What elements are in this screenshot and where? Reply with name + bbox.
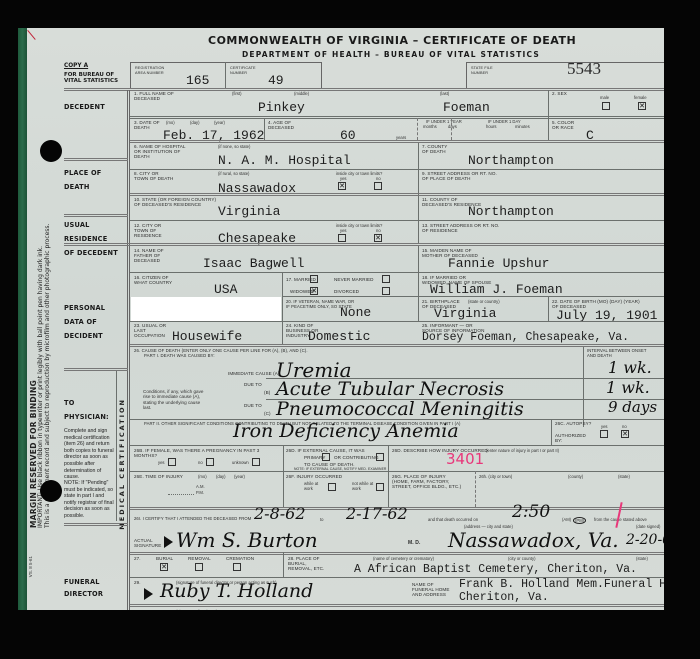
city-hint: (if rural, so state) (218, 171, 249, 176)
injury-city-label: 26h. (city or town) (479, 474, 512, 479)
minutes-label: minutes (515, 124, 530, 129)
informant-value: Dorsey Foeman, Chesapeake, Va. (422, 331, 629, 344)
injury-state-label: (state) (618, 474, 630, 479)
binding-hole (40, 140, 62, 162)
business-value: Domestic (308, 329, 370, 344)
residence-street-label: 13. STREET ADDRESS OR RT. NO. OF RESIDEN… (422, 223, 502, 233)
day-label: (day) (190, 120, 200, 125)
death-certificate: MARGIN RESERVED FOR BINDING IMPORTANT: U… (18, 28, 664, 610)
disposition-label: 27. (134, 556, 141, 561)
father-value: Isaac Bagwell (203, 256, 304, 271)
signed-place-value: Nassawadox, Va. (448, 528, 619, 552)
actual-signature-label: ACTUAL SIGNATURE (134, 538, 159, 548)
section-label-line: PLACE OF (64, 166, 102, 180)
section-label-line: DIRECTOR (64, 588, 103, 600)
citizen-label: 16. CITIZEN OF WHAT COUNTRY (134, 275, 174, 285)
certificate-number-label: CERTIFICATE NUMBER (230, 66, 260, 76)
city-county-hint: (city or county) (508, 556, 535, 561)
days-label: days (448, 124, 457, 129)
spouse-value: William J. Foeman (430, 282, 563, 297)
first-label: (first) (232, 91, 242, 96)
binding-strip (18, 28, 27, 610)
occupation-value: Housewife (172, 329, 242, 344)
last-name-value: Foeman (443, 100, 490, 115)
pm-option-circled: (PM) (573, 517, 586, 524)
color-label: 5. COLOR OR RACE (552, 120, 582, 130)
while-work-label: while at work (304, 481, 322, 491)
no-label: no (376, 228, 381, 233)
pregnancy-yes-label: yes (158, 460, 165, 465)
section-place-of-death: PLACE OFDEATH (64, 166, 102, 194)
injury-occurred-label: 26f. INJURY OCCURRED (286, 474, 342, 479)
state-file-label: STATE FILE NUMBER (471, 66, 501, 76)
residence-inside-limits-yes-checkbox[interactable] (338, 234, 346, 242)
death-street-label: 9. STREET ADDRESS OR RT. NO. OF PLACE OF… (422, 171, 502, 181)
city-of-death-label: 8. CITY OR TOWN OF DEATH (134, 171, 174, 181)
married-checkbox[interactable] (310, 275, 318, 283)
describe-hint: (enter nature of injury in part I or par… (486, 448, 559, 453)
autopsy-yes-checkbox[interactable] (600, 430, 608, 438)
veteran-value: None (340, 305, 371, 320)
male-label: male (600, 95, 609, 100)
immediate-cause-label: IMMEDIATE CAUSE (A) (228, 371, 280, 376)
place-of-injury-label: 26g. PLACE OF INJURY (home, farm, factor… (392, 474, 462, 489)
registrar-sig-number: 30. (134, 609, 141, 610)
place-of-burial-label: 28. PLACE OF BURIAL, REMOVAL, ETC. (288, 556, 328, 571)
removal-checkbox[interactable] (195, 563, 203, 571)
section-label-line: DATA OF (64, 315, 105, 329)
department-subtitle: DEPARTMENT OF HEALTH – BUREAU OF VITAL S… (242, 50, 540, 59)
time-day-label: (day) (216, 474, 226, 479)
due-to-label: DUE TO (244, 382, 262, 387)
conditions-label: Conditions, if any, which gave rise to i… (143, 389, 205, 410)
attended-from-value: 2-8-62 (254, 504, 306, 523)
residence-city-label: 12. CITY OR TOWN OF RESIDENCE (134, 223, 174, 238)
physician-instructions: Complete and sign medical certification … (64, 428, 114, 481)
pregnancy-label: 26b. IF FEMALE, WAS THERE A PREGNANCY IN… (134, 448, 264, 458)
time-mo-label: (mo) (198, 474, 207, 479)
cremation-label: CREMATION (226, 556, 254, 561)
residence-county-value: Northampton (468, 204, 554, 219)
never-married-label: NEVER MARRIED (334, 277, 374, 282)
residence-state-value: Virginia (218, 204, 280, 219)
divorced-checkbox[interactable] (382, 287, 390, 295)
injury-county-label: (county) (568, 474, 583, 479)
interval-label: INTERVAL BETWEEN ONSET AND DEATH (587, 348, 647, 358)
state-file-value: 5543 (567, 59, 601, 79)
redacted-field (131, 297, 281, 321)
section-label-line: PERSONAL (64, 301, 105, 315)
pregnancy-no-label: no (198, 460, 203, 465)
cause-b-label: (B) (264, 390, 270, 395)
pregnancy-unknown-label: unknown (232, 460, 249, 465)
physician-signature: Wm S. Burton (176, 528, 318, 552)
months-label: months (423, 124, 437, 129)
date-signed-hint: (date signed) (636, 524, 660, 529)
name-label: 1. FULL NAME OF DECEASED (134, 91, 174, 101)
pm-label: P.M. (196, 490, 204, 495)
certify-label: 26i. I CERTIFY that I attended the decea… (134, 516, 251, 521)
middle-label: (middle) (294, 91, 309, 96)
birthplace-value: Virginia (434, 306, 496, 321)
note-title: NOTE: If (64, 480, 84, 486)
death-inside-limits-yes-checkbox[interactable]: ✕ (338, 182, 346, 190)
margin-binding-text: MARGIN RESERVED FOR BINDING IMPORTANT: U… (30, 148, 60, 528)
place-of-burial-value: A African Baptist Cemetery, Cheriton, Va… (354, 563, 637, 576)
burial-checkbox[interactable]: ✕ (160, 563, 168, 571)
residence-state-label: 10. STATE (OR FOREIGN COUNTRY) OF DECEAS… (134, 197, 224, 207)
death-inside-limits-no-checkbox[interactable] (374, 182, 382, 190)
age-label: 4. AGE OF DECEASED (268, 120, 308, 130)
funeral-home-label: NAME OF FUNERAL HOME AND ADDRESS (412, 582, 452, 597)
signature-arrow-icon (164, 536, 173, 548)
hospital-label: 6. NAME OF HOSPITAL OR INSTITUTION OF DE… (134, 144, 192, 159)
not-while-work-label: not while at work (352, 481, 376, 491)
yes-label: yes (340, 176, 347, 181)
hours-label: hours (486, 124, 496, 129)
contributing-label: or CONTRIBUTING (334, 455, 379, 460)
birthplace-hint: (state or country) (468, 299, 500, 304)
autopsy-no-label: no (622, 424, 627, 429)
interval-c-value: 9 days (608, 398, 657, 416)
funeral-director-signature: Ruby T. Holland (160, 580, 313, 602)
date-of-death-label: 3. DATE OF DEATH (134, 120, 164, 130)
autopsy-no-checkbox[interactable]: ✕ (621, 430, 629, 438)
section-personal-data: PERSONALDATA OFDECIDENT (64, 301, 105, 343)
margin-title: MARGIN RESERVED FOR BINDING (30, 148, 37, 528)
copy-label: COPY A (64, 63, 118, 69)
sex-male-checkbox[interactable] (602, 102, 610, 110)
form-code: VS. 8 5-61 (28, 556, 33, 577)
mo-label: (mo) (166, 120, 175, 125)
county-of-death-label: 7. COUNTY OF DEATH (422, 144, 452, 154)
am-option: (AM) (562, 517, 571, 522)
am-label: A.M. (196, 484, 205, 489)
hospital-value: N. A. M. Hospital (218, 153, 351, 168)
state-hint: (state) (636, 556, 648, 561)
cause-c-value: Pneumococcal Meningitis (276, 398, 524, 420)
red-mark (27, 30, 35, 40)
code-stamp: 3401 (446, 450, 484, 468)
burial-label: BURIAL (156, 556, 173, 561)
primary-checkbox[interactable] (322, 453, 330, 461)
certificate-number-value: 49 (268, 73, 284, 88)
residence-inside-limits-no-checkbox[interactable]: ✕ (374, 234, 382, 242)
autopsy-yes-label: yes (601, 424, 608, 429)
md-label: M. D. (408, 541, 420, 546)
pregnancy-no-checkbox[interactable] (206, 458, 214, 466)
sex-female-checkbox[interactable]: ✕ (638, 102, 646, 110)
attended-to-value: 2-17-62 (346, 504, 408, 523)
first-name-value: Pinkey (258, 100, 305, 115)
year-label: (year) (214, 120, 225, 125)
section-label-line: DECIDENT (64, 329, 105, 343)
cemetery-hint: (name of cemetery or crematory) (373, 556, 434, 561)
section-label-line: OF DECEDENT (64, 246, 118, 260)
sex-label: 2. SEX (552, 91, 567, 96)
red-ink-mark (615, 502, 622, 528)
cause-stated-label: from the cause stated above (594, 517, 647, 522)
female-label: female (634, 95, 647, 100)
section-label-line: PHYSICIAN: (64, 410, 109, 424)
not-while-work-checkbox[interactable] (376, 483, 384, 491)
citizen-value: USA (214, 282, 237, 297)
cremation-checkbox[interactable] (233, 563, 241, 571)
time-of-injury-label: 26e. TIME OF INJURY (134, 474, 183, 479)
pregnancy-unknown-checkbox[interactable] (252, 458, 260, 466)
certificate-title: COMMONWEALTH OF VIRGINIA – CERTIFICATE O… (208, 34, 576, 47)
date-signed-value: 2-20-62 (626, 532, 664, 548)
interval-b-value: 1 wk. (606, 378, 650, 397)
binding-hole (40, 480, 62, 502)
death-occurred-label: and that death occurred on (428, 517, 478, 522)
authorized-label: AUTHORIZED BY: (555, 433, 575, 443)
funeral-home-address: Cheriton, Va. (459, 591, 549, 604)
divorced-label: DIVORCED (334, 289, 359, 294)
margin-line-2: This is a permanent record and subject t… (44, 148, 51, 528)
area-number-value: 165 (186, 73, 209, 88)
cause-c-label: (C) (264, 411, 271, 416)
note-text: "Pending" must be indicated, so state in… (64, 480, 114, 519)
copy-label-block: COPY A FOR BUREAU OF VITAL STATISTICS (64, 63, 118, 84)
last-label: (last) (440, 91, 449, 96)
mother-value: Fannie Upshur (448, 256, 549, 271)
section-label-line: DEATH (64, 180, 102, 194)
to-label: to (320, 517, 324, 522)
interval-a-value: 1 wk. (608, 358, 652, 377)
section-label-line: USUAL (64, 218, 118, 232)
due-to-label: DUE TO (244, 403, 262, 408)
removal-label: REMOVAL (188, 556, 211, 561)
medical-certification-label: MEDICAL CERTIFICATION (118, 398, 126, 530)
section-label-line: TO (64, 396, 109, 410)
county-of-death-value: Northampton (468, 153, 554, 168)
area-number-label: REGISTRATION AREA NUMBER (135, 66, 175, 76)
section-usual-residence: USUALRESIDENCEOF DECEDENT (64, 218, 118, 260)
while-work-checkbox[interactable] (328, 483, 336, 491)
hospital-hint: (if none, so state) (218, 144, 250, 149)
copy-sub-2: VITAL STATISTICS (64, 78, 118, 84)
time-year-label: (year) (234, 474, 245, 479)
yes-label: yes (340, 228, 347, 233)
pending-note: NOTE: If "Pending" must be indicated, so… (64, 480, 114, 520)
father-label: 14. NAME OF FATHER OF DECEASED (134, 248, 174, 263)
signature-arrow-icon (144, 588, 153, 600)
autopsy-label: 26c. AUTOPSY? (555, 421, 591, 426)
cause-b-value: Acute Tubular Necrosis (276, 378, 504, 400)
part1-label: PART I. DEATH WAS CAUSED BY: (144, 353, 215, 358)
time-of-death-value: 2:50 (512, 502, 550, 522)
column-divider (127, 90, 130, 610)
never-married-checkbox[interactable] (382, 275, 390, 283)
section-to-physician: TOPHYSICIAN: (64, 396, 109, 424)
funeral-home-name: Frank B. Holland Mem.Funeral Home (459, 578, 664, 591)
section-label-line: FUNERAL (64, 576, 103, 588)
no-label: no (376, 176, 381, 181)
widowed-checkbox[interactable]: ✕ (310, 287, 318, 295)
contributing-checkbox[interactable] (376, 453, 384, 461)
section-funeral-director: FUNERALDIRECTOR (64, 576, 103, 600)
pregnancy-yes-checkbox[interactable] (168, 458, 176, 466)
margin-line-1: IMPORTANT: Use black ribbon in typewrite… (37, 148, 44, 528)
occupation-label: 23. USUAL OR LAST OCCUPATION (134, 323, 174, 338)
part2-value: Iron Deficiency Anemia (233, 420, 459, 442)
section-decedent: DECEDENT (64, 100, 105, 114)
funeral-sig-number: 29. (134, 580, 141, 585)
